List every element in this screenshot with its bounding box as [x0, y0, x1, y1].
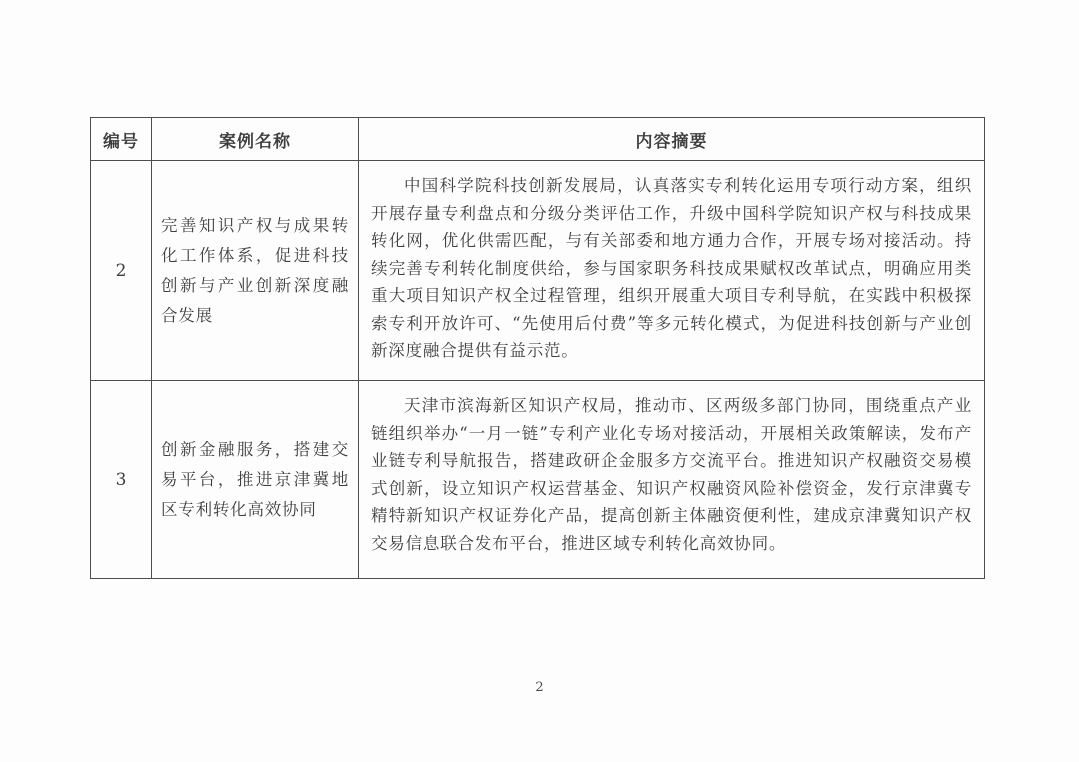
table-row: 2 完善知识产权与成果转化工作体系，促进科技创新与产业创新深度融合发展 中国科学… [91, 161, 985, 381]
header-summary: 内容摘要 [359, 118, 985, 161]
case-name: 创新金融服务，搭建交易平台，推进京津冀地区专利转化高效协同 [152, 381, 359, 579]
case-number: 2 [91, 161, 152, 381]
case-summary-cell: 中国科学院科技创新发展局，认真落实专利转化运用专项行动方案，组织开展存量专利盘点… [359, 161, 985, 381]
table-header-row: 编号 案例名称 内容摘要 [91, 118, 985, 161]
table-row: 3 创新金融服务，搭建交易平台，推进京津冀地区专利转化高效协同 天津市滨海新区知… [91, 381, 985, 579]
case-name: 完善知识产权与成果转化工作体系，促进科技创新与产业创新深度融合发展 [152, 161, 359, 381]
case-summary-text: 天津市滨海新区知识产权局，推动市、区两级多部门协同，围绕重点产业链组织举办“一月… [371, 392, 972, 557]
case-summary-cell: 天津市滨海新区知识产权局，推动市、区两级多部门协同，围绕重点产业链组织举办“一月… [359, 381, 985, 579]
document-page: 编号 案例名称 内容摘要 2 完善知识产权与成果转化工作体系，促进科技创新与产业… [0, 0, 1079, 762]
case-number: 3 [91, 381, 152, 579]
header-case-name: 案例名称 [152, 118, 359, 161]
cases-table: 编号 案例名称 内容摘要 2 完善知识产权与成果转化工作体系，促进科技创新与产业… [90, 117, 985, 579]
header-number: 编号 [91, 118, 152, 161]
case-summary-text: 中国科学院科技创新发展局，认真落实专利转化运用专项行动方案，组织开展存量专利盘点… [371, 172, 972, 365]
page-number: 2 [0, 680, 1079, 695]
